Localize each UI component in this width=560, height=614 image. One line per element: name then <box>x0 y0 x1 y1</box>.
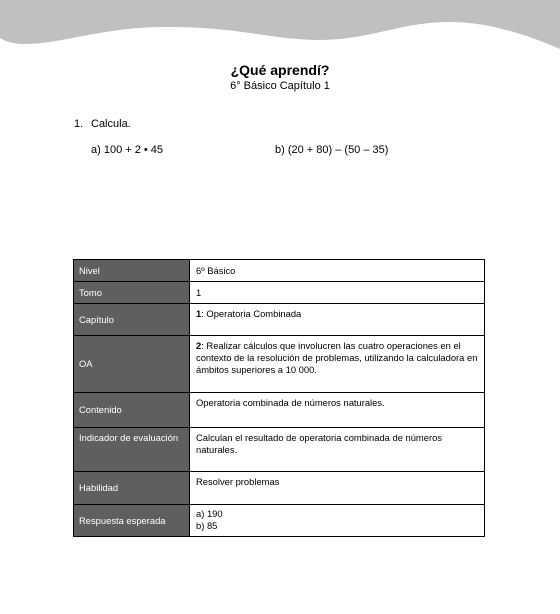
exercise-a: a) 100 + 2 • 45 <box>91 144 163 157</box>
row-value: Resolver problemas <box>190 472 485 505</box>
chapter-name: : Operatoria Combinada <box>201 308 301 319</box>
table-row-tomo: Tomo 1 <box>74 282 485 304</box>
row-value: Operatoria combinada de números naturale… <box>190 393 485 428</box>
row-label: Indicador de evaluación <box>74 428 190 472</box>
row-value: 1 <box>190 282 485 304</box>
question-1: 1.Calcula. <box>74 118 131 131</box>
answer-a: a) 190 <box>196 508 479 520</box>
table-row-contenido: Contenido Operatoria combinada de número… <box>74 393 485 428</box>
row-label: Respuesta esperada <box>74 505 190 537</box>
curriculum-info-table: Nivel 6º Básico Tomo 1 Capítulo 1: Opera… <box>73 259 485 537</box>
row-value: 1: Operatoria Combinada <box>190 304 485 336</box>
exercise-b: b) (20 + 80) – (50 – 35) <box>275 144 388 157</box>
table-row-indicador: Indicador de evaluación Calculan el resu… <box>74 428 485 472</box>
page-title: ¿Qué aprendí? <box>0 62 560 78</box>
decorative-wave-banner <box>0 0 560 60</box>
answer-b: b) 85 <box>196 520 479 532</box>
row-label: Capítulo <box>74 304 190 336</box>
table-row-oa: OA 2: Realizar cálculos que involucren l… <box>74 336 485 393</box>
row-value: a) 190 b) 85 <box>190 505 485 537</box>
row-value: Calculan el resultado de operatoria comb… <box>190 428 485 472</box>
question-number: 1. <box>74 118 91 131</box>
table-row-nivel: Nivel 6º Básico <box>74 260 485 282</box>
row-label: Tomo <box>74 282 190 304</box>
row-value: 2: Realizar cálculos que involucren las … <box>190 336 485 393</box>
page-subtitle: 6° Básico Capítulo 1 <box>0 80 560 93</box>
table-row-capitulo: Capítulo 1: Operatoria Combinada <box>74 304 485 336</box>
row-value: 6º Básico <box>190 260 485 282</box>
row-label: OA <box>74 336 190 393</box>
row-label: Habilidad <box>74 472 190 505</box>
table-row-habilidad: Habilidad Resolver problemas <box>74 472 485 505</box>
row-label: Contenido <box>74 393 190 428</box>
table-row-respuesta: Respuesta esperada a) 190 b) 85 <box>74 505 485 537</box>
oa-description: : Realizar cálculos que involucren las c… <box>196 340 477 375</box>
question-prompt: Calcula. <box>91 118 131 130</box>
row-label: Nivel <box>74 260 190 282</box>
